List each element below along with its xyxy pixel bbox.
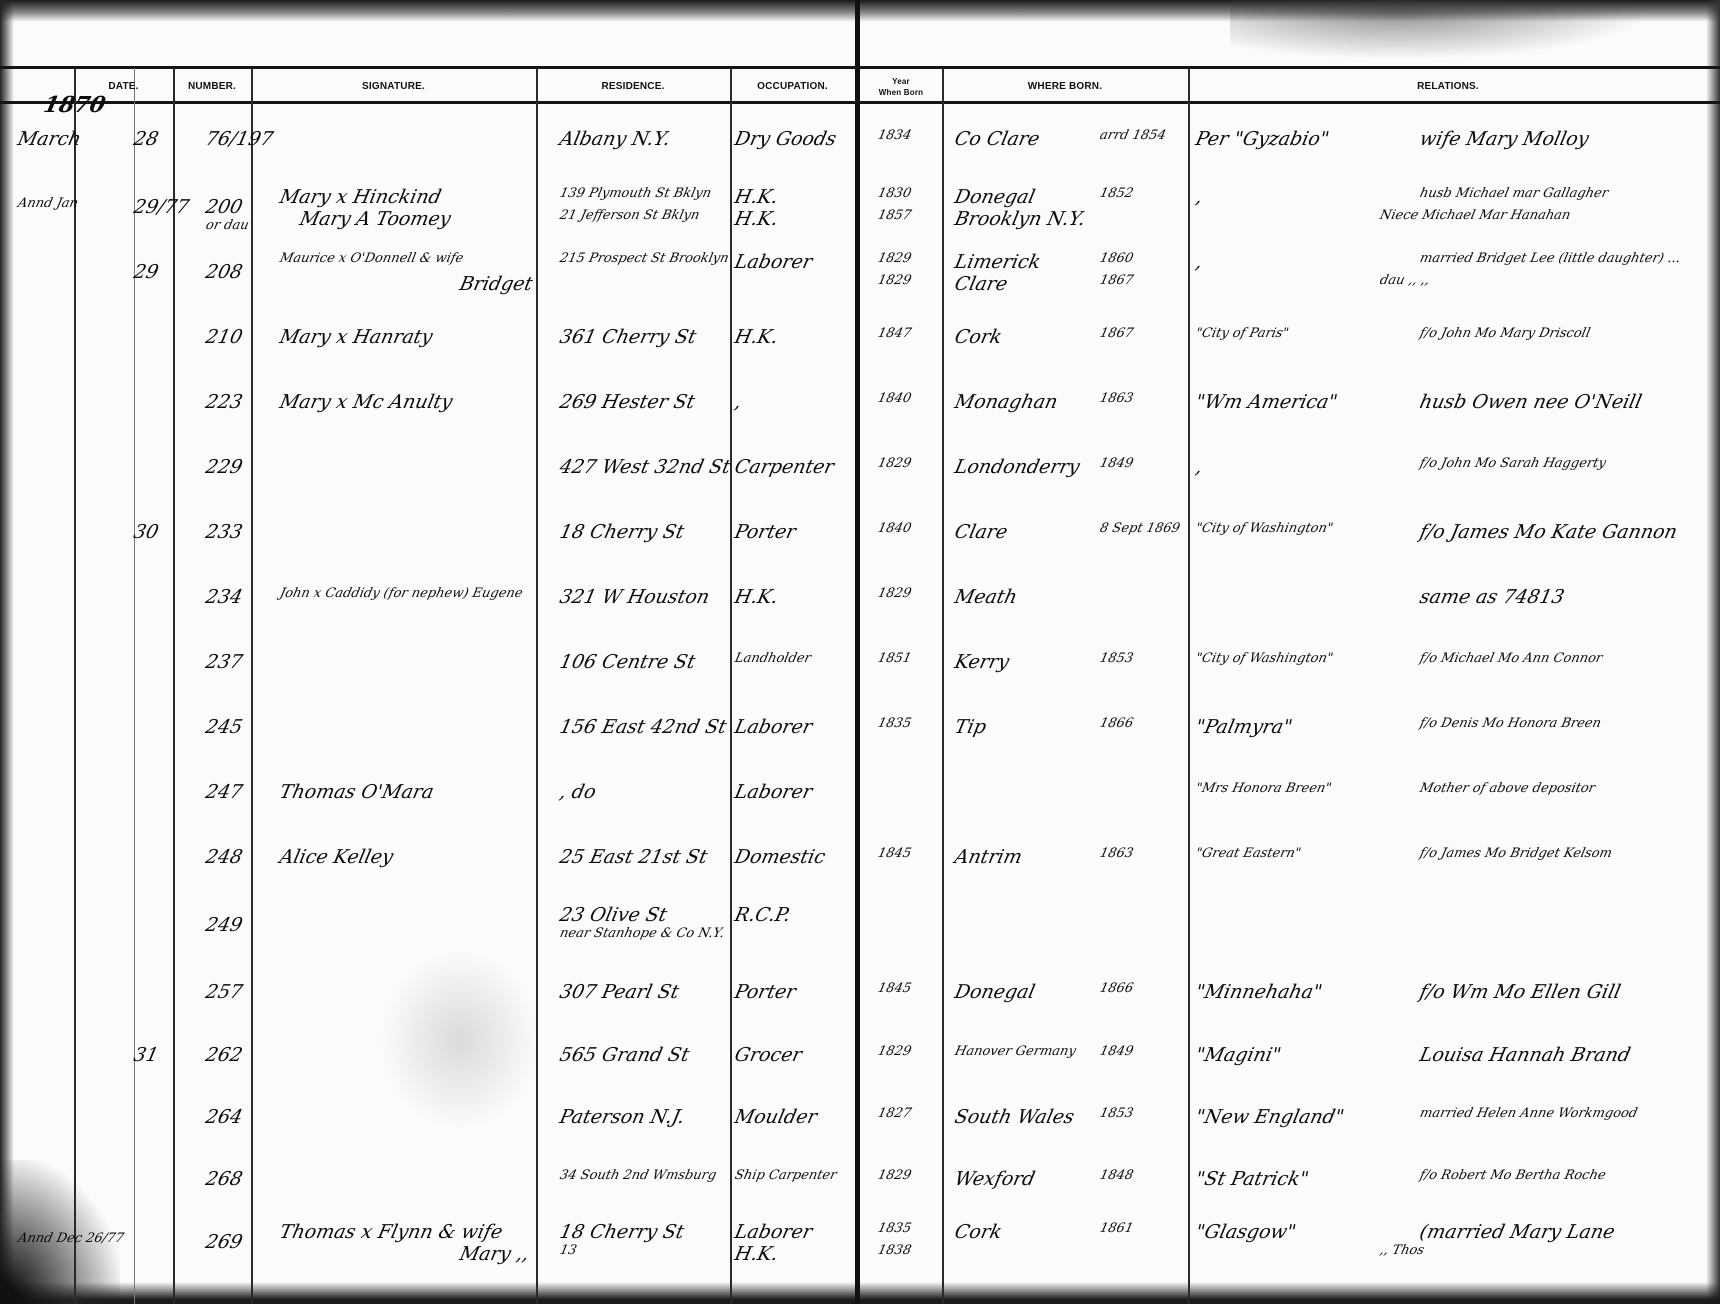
col-divider — [251, 68, 253, 1304]
entry-ship: "Minnehaha" — [1194, 981, 1325, 1003]
entry-where-born: Monaghan — [953, 391, 1060, 413]
entry-where-born: Tip — [953, 716, 989, 738]
entry-relations-line2: dau ,, ,, — [1378, 273, 1430, 288]
entry-month: Annd Jan — [16, 196, 79, 211]
entry-ship: "Wm America" — [1194, 391, 1340, 413]
entry-number: 233 — [204, 521, 245, 543]
scan-stain-top-right — [1230, 0, 1650, 60]
col-divider — [1188, 68, 1190, 1304]
header-where-born: WHERE BORN. — [942, 72, 1188, 102]
entry-number: 223 — [204, 391, 245, 413]
entry-arrived: 1867 — [1098, 326, 1134, 341]
entry-arrived: 1853 — [1098, 651, 1134, 666]
entry-residence: 106 Centre St — [558, 651, 698, 673]
entry-occupation: Domestic — [733, 846, 828, 868]
header-year-born-line2: When Born — [860, 87, 942, 98]
entry-year-born: 1851 — [876, 651, 912, 666]
entry-ship: "Great Eastern" — [1194, 846, 1302, 861]
entry-ship: "City of Washington" — [1194, 521, 1334, 536]
header-signature: SIGNATURE. — [251, 72, 536, 102]
entry-arrived: 1863 — [1098, 391, 1134, 406]
entry-occupation: R.C.P. — [733, 904, 793, 926]
entry-number: 210 — [204, 326, 245, 348]
col-divider — [74, 68, 76, 1304]
entry-arrived: 8 Sept 1869 — [1098, 521, 1181, 536]
entry-ship: "St Patrick" — [1194, 1168, 1311, 1190]
entry-occupation: Porter — [733, 981, 798, 1003]
entry-relations: Mother of above depositor — [1418, 781, 1596, 796]
header-top-rule — [0, 66, 1720, 69]
col-divider — [134, 68, 135, 1304]
entry-where-born-line2: Brooklyn N.Y. — [953, 208, 1088, 230]
entry-where-born: Donegal — [953, 186, 1037, 208]
entry-residence-line2: 21 Jefferson St Bklyn — [558, 208, 700, 223]
entry-number: 247 — [204, 781, 245, 803]
entry-occupation: , — [733, 391, 744, 413]
entry-relations: husb Michael mar Gallagher — [1418, 186, 1609, 201]
entry-occupation: Grocer — [733, 1044, 804, 1066]
entry-number: 208 — [204, 261, 245, 283]
entry-signature: John x Caddidy (for nephew) Eugene — [278, 586, 524, 601]
entry-residence: 307 Pearl St — [558, 981, 681, 1003]
entry-year-born: 1829 — [876, 1044, 912, 1059]
entry-relations-line2: ,, Thos — [1378, 1243, 1425, 1258]
entry-residence: 18 Cherry St — [558, 521, 687, 543]
entry-occupation: Dry Goods — [733, 128, 839, 150]
header-number: NUMBER. — [173, 72, 251, 102]
entry-ship: "City of Paris" — [1194, 326, 1290, 341]
year-note: 1870 — [41, 92, 108, 118]
entry-residence: 25 East 21st St — [558, 846, 710, 868]
entry-month: March — [16, 128, 83, 150]
entry-residence-line2: 13 — [558, 1243, 578, 1258]
header-residence: RESIDENCE. — [536, 72, 730, 102]
entry-number: 249 — [204, 914, 245, 936]
entry-relations: married Helen Anne Workmgood — [1418, 1106, 1638, 1121]
header-year-born: Year When Born — [860, 72, 942, 106]
entry-signature: Thomas x Flynn & wife — [278, 1221, 505, 1243]
entry-arrived: 1866 — [1098, 716, 1134, 731]
entry-ship: "Mrs Honora Breen" — [1194, 781, 1332, 796]
entry-arrived: 1849 — [1098, 1044, 1134, 1059]
entry-signature-line2: Mary ,, — [458, 1243, 531, 1265]
entry-residence: 269 Hester St — [558, 391, 697, 413]
entry-where-born: Antrim — [953, 846, 1024, 868]
entry-occupation: Laborer — [733, 251, 815, 273]
entry-signature: Thomas O'Mara — [278, 781, 436, 803]
entry-occupation: Carpenter — [733, 456, 836, 478]
entry-number: 76/197 — [204, 128, 276, 150]
entry-year-born: 1845 — [876, 981, 912, 996]
entry-arrived: 1866 — [1098, 981, 1134, 996]
page-gutter — [855, 0, 860, 1304]
entry-number: 257 — [204, 981, 245, 1003]
entry-arrived: 1849 — [1098, 456, 1134, 471]
entry-where-born: Cork — [953, 326, 1004, 348]
entry-residence: 361 Cherry St — [558, 326, 699, 348]
entry-relations: f/o John Mo Mary Driscoll — [1418, 326, 1591, 341]
entry-arrived: 1863 — [1098, 846, 1134, 861]
entry-day: 30 — [132, 521, 161, 543]
entry-occupation: H.K. — [733, 326, 781, 348]
entry-occupation: Landholder — [733, 651, 812, 666]
entry-arrived: 1860 — [1098, 251, 1134, 266]
entry-number: 248 — [204, 846, 245, 868]
entry-occupation: Ship Carpenter — [733, 1168, 838, 1183]
col-divider — [730, 68, 732, 1304]
entry-occupation: H.K. — [733, 186, 781, 208]
entry-arrived: 1848 — [1098, 1168, 1134, 1183]
entry-ship: , — [1194, 186, 1205, 208]
entry-residence: , do — [558, 781, 598, 803]
entry-where-born: Wexford — [953, 1168, 1037, 1190]
entry-ship: , — [1194, 456, 1205, 478]
entry-relations: married Bridget Lee (little daughter) ..… — [1418, 251, 1681, 266]
entry-year-born: 1829 — [876, 586, 912, 601]
entry-residence: Paterson N.J. — [558, 1106, 687, 1128]
entry-number: 268 — [204, 1168, 245, 1190]
entry-ship: "City of Washington" — [1194, 651, 1334, 666]
entry-number-note: or dau — [204, 218, 250, 233]
entry-where-born: Hanover Germany — [953, 1044, 1077, 1059]
entry-signature: Maurice x O'Donnell & wife — [278, 251, 464, 266]
entry-year-born: 1827 — [876, 1106, 912, 1121]
entry-where-born: Clare — [953, 521, 1010, 543]
entry-signature: Mary x Mc Anulty — [278, 391, 455, 413]
entry-residence: 215 Prospect St Brooklyn — [558, 251, 730, 266]
entry-year-born: 1835 — [876, 716, 912, 731]
entry-occupation-line2: H.K. — [733, 208, 781, 230]
entry-ship: "Magini" — [1194, 1044, 1284, 1066]
entry-occupation: Porter — [733, 521, 798, 543]
entry-where-born: Co Clare — [953, 128, 1042, 150]
entry-where-born: Limerick — [953, 251, 1043, 273]
entry-residence-line2: near Stanhope & Co N.Y. — [558, 926, 725, 941]
entry-residence: 427 West 32nd St — [558, 456, 733, 478]
entry-number: 262 — [204, 1044, 245, 1066]
entry-arrived: arrd 1854 — [1098, 128, 1167, 143]
entry-arrived-line2: 1867 — [1098, 273, 1134, 288]
entry-year-born-line2: 1838 — [876, 1243, 912, 1258]
entry-number: 269 — [204, 1231, 245, 1253]
entry-day: 31 — [132, 1044, 161, 1066]
col-divider — [173, 68, 175, 1304]
entry-year-born: 1835 — [876, 1221, 912, 1236]
header-relations: RELATIONS. — [1188, 72, 1708, 102]
entry-signature-line2: Bridget — [458, 273, 535, 295]
entry-relations: f/o James Mo Kate Gannon — [1418, 521, 1680, 543]
entry-ship: Per "Gyzabio" — [1194, 128, 1331, 150]
entry-occupation: Laborer — [733, 781, 815, 803]
entry-ship: "Glasgow" — [1194, 1221, 1298, 1243]
entry-occupation: Laborer — [733, 716, 815, 738]
entry-relations-line2: Niece Michael Mar Hanahan — [1378, 208, 1572, 223]
entry-where-born: South Wales — [953, 1106, 1077, 1128]
entry-signature: Mary x Hanraty — [278, 326, 435, 348]
entry-number: 237 — [204, 651, 245, 673]
paper-stain — [380, 950, 540, 1130]
entry-relations: same as 74813 — [1418, 586, 1567, 608]
entry-relations: f/o Robert Mo Bertha Roche — [1418, 1168, 1607, 1183]
entry-year-born: 1829 — [876, 251, 912, 266]
entry-residence: 18 Cherry St — [558, 1221, 687, 1243]
entry-year-born: 1829 — [876, 1168, 912, 1183]
entry-arrived: 1853 — [1098, 1106, 1134, 1121]
entry-where-born: Londonderry — [953, 456, 1082, 478]
entry-number: 229 — [204, 456, 245, 478]
entry-where-born-line2: Clare — [953, 273, 1010, 295]
entry-relations: f/o John Mo Sarah Haggerty — [1418, 456, 1607, 471]
entry-day: 29/77 — [132, 196, 191, 218]
entry-year-born: 1829 — [876, 456, 912, 471]
entry-relations: f/o Wm Mo Ellen Gill — [1418, 981, 1623, 1003]
entry-occupation: Moulder — [733, 1106, 819, 1128]
entry-relations: wife Mary Molloy — [1418, 128, 1591, 150]
entry-relations: Louisa Hannah Brand — [1418, 1044, 1633, 1066]
entry-number: 245 — [204, 716, 245, 738]
entry-residence: 156 East 42nd St — [558, 716, 729, 738]
entry-where-born: Cork — [953, 1221, 1004, 1243]
scan-edge-shadow-right — [1706, 0, 1720, 1304]
entry-number: 200 — [204, 196, 245, 218]
entry-year-born: 1834 — [876, 128, 912, 143]
entry-year-born: 1840 — [876, 391, 912, 406]
entry-residence: 34 South 2nd Wmsburg — [558, 1168, 717, 1183]
entry-relations: (married Mary Lane — [1418, 1221, 1617, 1243]
entry-signature: Mary x Hinckind — [278, 186, 444, 208]
entry-number: 234 — [204, 586, 245, 608]
scan-edge-shadow-left — [0, 0, 14, 1304]
entry-relations: husb Owen nee O'Neill — [1418, 391, 1644, 413]
entry-residence: Albany N.Y. — [558, 128, 673, 150]
entry-where-born: Donegal — [953, 981, 1037, 1003]
entry-number: 264 — [204, 1106, 245, 1128]
entry-year-born: 1830 — [876, 186, 912, 201]
entry-year-born: 1845 — [876, 846, 912, 861]
entry-day: 28 — [132, 128, 161, 150]
entry-day: 29 — [132, 261, 161, 283]
entry-where-born: Meath — [953, 586, 1020, 608]
header-occupation: OCCUPATION. — [730, 72, 855, 102]
col-divider — [942, 68, 944, 1304]
entry-arrived: 1852 — [1098, 186, 1134, 201]
entry-signature: Alice Kelley — [278, 846, 396, 868]
entry-residence: 565 Grand St — [558, 1044, 692, 1066]
entry-year-born: 1840 — [876, 521, 912, 536]
entry-month: Annd Dec 26/77 — [16, 1231, 125, 1246]
entry-ship: "New England" — [1194, 1106, 1346, 1128]
entry-ship: "Palmyra" — [1194, 716, 1295, 738]
entry-arrived: 1861 — [1098, 1221, 1134, 1236]
entry-residence: 321 W Houston — [558, 586, 712, 608]
entry-signature-line2: Mary A Toomey — [298, 208, 453, 230]
entry-relations: f/o Denis Mo Honora Breen — [1418, 716, 1602, 731]
entry-year-born-line2: 1857 — [876, 208, 912, 223]
entry-occupation: H.K. — [733, 586, 781, 608]
entry-relations: f/o James Mo Bridget Kelsom — [1418, 846, 1613, 861]
scan-edge-shadow-bottom — [0, 1282, 1720, 1304]
entry-ship: , — [1194, 251, 1205, 273]
col-divider — [536, 68, 538, 1304]
entry-where-born: Kerry — [953, 651, 1012, 673]
entry-year-born-line2: 1829 — [876, 273, 912, 288]
entry-residence: 139 Plymouth St Bklyn — [558, 186, 712, 201]
header-year-born-line1: Year — [860, 76, 942, 87]
entry-relations: f/o Michael Mo Ann Connor — [1418, 651, 1603, 666]
entry-year-born: 1847 — [876, 326, 912, 341]
entry-occupation-line2: H.K. — [733, 1243, 781, 1265]
entry-residence: 23 Olive St — [558, 904, 669, 926]
entry-occupation: Laborer — [733, 1221, 815, 1243]
